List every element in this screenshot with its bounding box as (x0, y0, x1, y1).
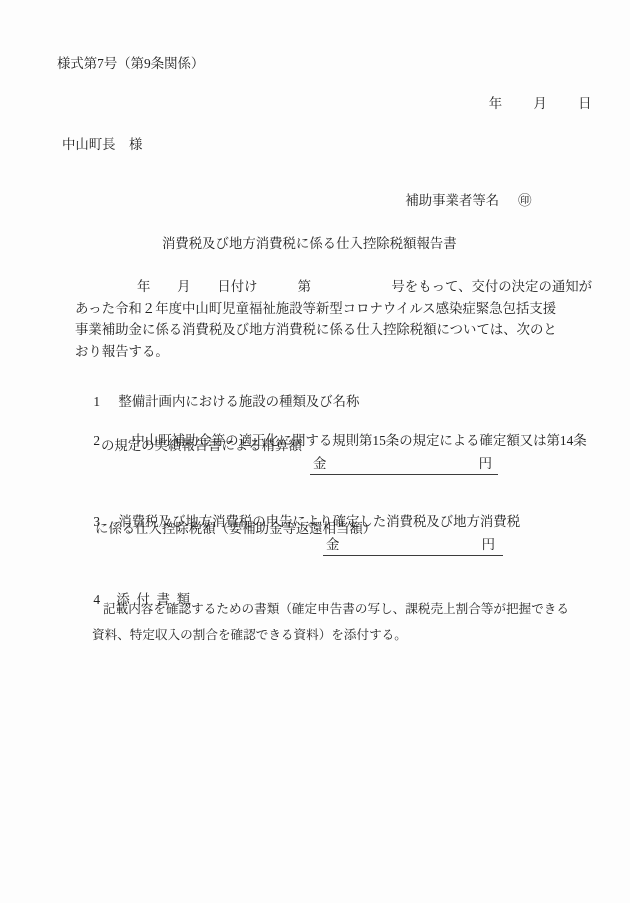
opening-line-3: 事業補助金に係る消費税及び地方消費税に係る仕入控除税額については、次のと (75, 319, 592, 341)
item-text: 整備計画内における施設の種類及び名称 (118, 394, 359, 409)
addressee: 中山町長 様 (62, 137, 142, 152)
item-3-text-continued: に係る仕入控除税額（要補助金等返還相当額） (95, 521, 376, 536)
opening-line-1: 年 月 日付け 第 号をもって、交付の決定の通知が (75, 276, 592, 298)
amount-blank-field-1: 金 円 (310, 457, 498, 475)
applicant-line: 補助事業者等名㊞ (392, 178, 532, 223)
amount-prefix: 金 (326, 538, 339, 552)
form-number: 様式第7号（第9条関係） (57, 56, 204, 71)
opening-line-4: おり報告する。 (75, 341, 592, 363)
amount-suffix: 円 (479, 457, 492, 471)
amount-suffix: 円 (482, 538, 495, 552)
seal-mark-icon: ㊞ (518, 193, 531, 208)
opening-line-2: あった令和２年度中山町児童福祉施設等新型コロナウイルス感染症緊急包括支援 (75, 298, 592, 320)
amount-prefix: 金 (313, 457, 326, 471)
item-4-note-line-1: 記載内容を確認するための書類（確定申告書の写し、課税売上割合等が把握できる (103, 602, 569, 617)
item-2-text-continued: の規定の実績報告書による精算額 (101, 438, 302, 453)
document-page: 様式第7号（第9条関係） 年 月 日 中山町長 様 補助事業者等名㊞ 消費税及び… (0, 0, 630, 903)
opening-paragraph: 年 月 日付け 第 号をもって、交付の決定の通知が あった令和２年度中山町児童福… (75, 276, 592, 362)
amount-blank-field-2: 金 円 (323, 538, 503, 556)
applicant-label: 補助事業者等名 (405, 193, 499, 208)
item-number: 1 (93, 394, 118, 409)
date-blank-line: 年 月 日 (489, 96, 593, 111)
document-title: 消費税及び地方消費税に係る仕入控除税額報告書 (162, 236, 457, 251)
item-4-note-line-2: 資料、特定収入の割合を確認できる資料）を添付する。 (92, 628, 407, 643)
